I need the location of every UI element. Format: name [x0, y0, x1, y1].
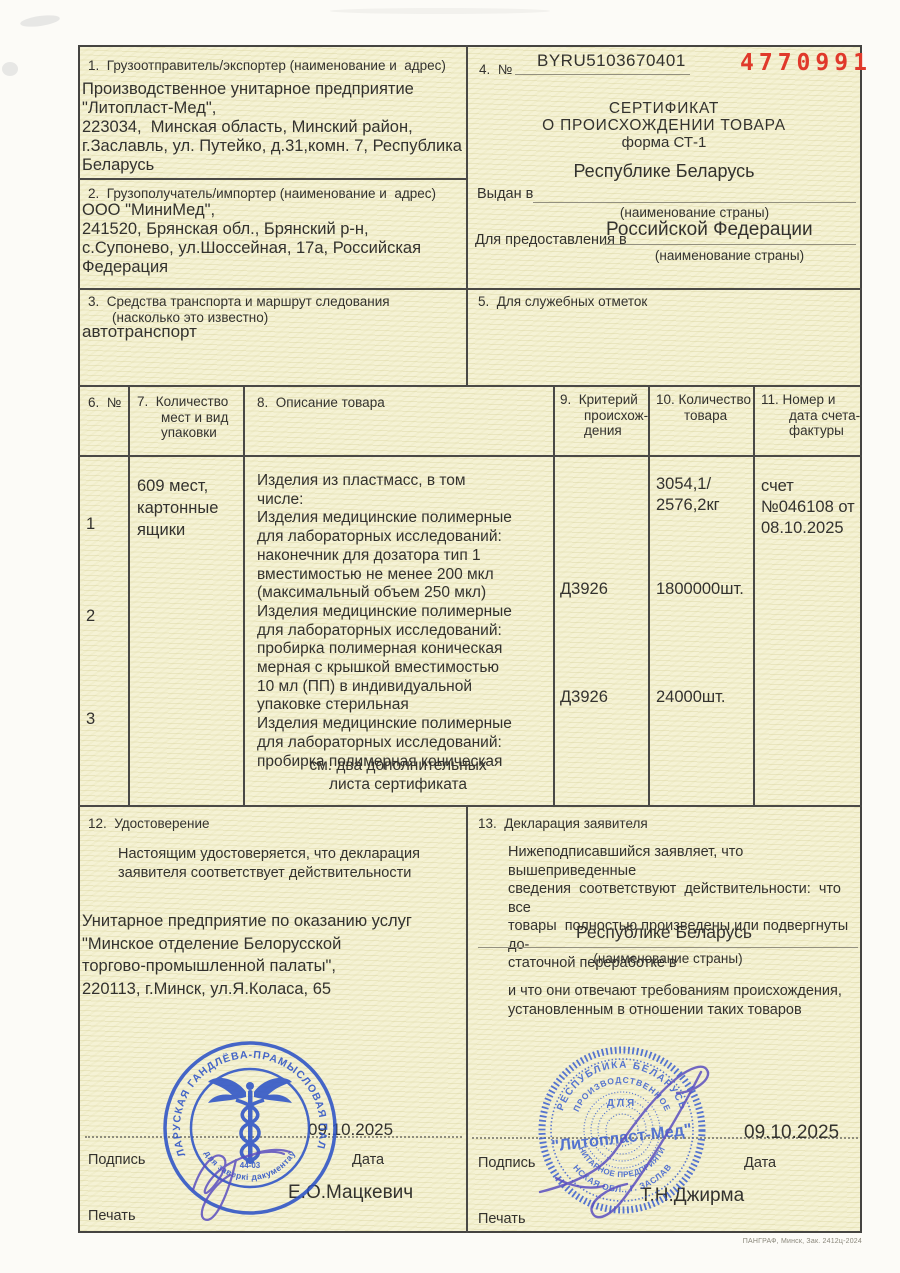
divider-table-header [78, 455, 862, 457]
divider-table-bottom [78, 805, 862, 807]
declarant-date-label: Дата [744, 1155, 776, 1171]
divider-vertical-top [466, 45, 468, 386]
presented-in-line [603, 244, 856, 245]
certifier-signature-label: Подпись [88, 1152, 145, 1168]
certificate-number-label: 4. № [479, 62, 512, 78]
quantity-2: 24000шт. [656, 688, 725, 707]
table-header-number: 6. № [88, 395, 121, 411]
certificate-form-name: форма СТ-1 [466, 134, 862, 151]
goods-description-note: см. два дополнительных листа сертификата [273, 757, 523, 794]
scan-smudge [330, 8, 550, 14]
declarant-date-value: 09.10.2025 [744, 1122, 839, 1144]
table-col-line-5 [753, 385, 755, 805]
divider-box1-box2 [78, 178, 466, 180]
certificate-page: 1. Грузоотправитель/экспортер (наименова… [0, 0, 900, 1273]
certifying-organization: Унитарное предприятие по оказанию услуг … [82, 910, 462, 1000]
table-col-line-3 [553, 385, 555, 805]
serial-number: 4770991 [740, 50, 872, 76]
certification-label: 12. Удостоверение [88, 816, 210, 832]
invoice-value: счет №046108 от 08.10.2025 [761, 476, 855, 539]
goods-description: Изделия из пластмасс, в том числе: Издел… [257, 472, 549, 771]
scan-smudge [2, 62, 18, 76]
presented-in-label: Для предоставления в [475, 232, 627, 248]
transport-value: автотранспорт [82, 322, 197, 342]
divider-vertical-bottom [466, 805, 468, 1233]
service-marks-label: 5. Для служебных отметок [478, 294, 647, 310]
certifier-date-value: 09.10.2025 [308, 1120, 393, 1140]
certificate-title-line2: О ПРОИСХОЖДЕНИИ ТОВАРА [466, 117, 862, 135]
table-header-invoice: 11. Номер и дата счета- фактуры [761, 392, 885, 439]
presented-in-value: Российской Федерации [606, 219, 813, 241]
declarant-signature-label: Подпись [478, 1155, 535, 1171]
certifier-name: Е.О.Мацкевич [288, 1182, 413, 1204]
item-number-3: 3 [86, 710, 95, 729]
table-col-line-2 [243, 385, 245, 805]
presented-in-hint: (наименование страны) [603, 248, 856, 263]
weight-value: 3054,1/ 2576,2кг [656, 474, 720, 516]
certifier-signature-line [85, 1136, 462, 1138]
consignor-label: 1. Грузоотправитель/экспортер (наименова… [88, 58, 446, 74]
table-col-line-4 [648, 385, 650, 805]
transport-label: 3. Средства транспорта и маршрут следова… [88, 294, 452, 325]
consignor-value: Производственное унитарное предприятие "… [82, 80, 462, 175]
certificate-number-value: BYRU5103670401 [537, 51, 686, 71]
divider-row-transport [78, 288, 862, 290]
origin-country: Республике Беларусь [466, 922, 862, 943]
divider-table-top [78, 385, 862, 387]
declarant-seal-label: Печать [478, 1211, 526, 1227]
consignee-value: ООО "МиниМед", 241520, Брянская обл., Бр… [82, 201, 462, 277]
declaration-label: 13. Декларация заявителя [478, 816, 648, 832]
table-header-description: 8. Описание товара [257, 395, 385, 411]
item-number-2: 2 [86, 607, 95, 626]
issued-in-line [533, 202, 856, 203]
certifier-date-label: Дата [352, 1152, 384, 1168]
issued-in-label: Выдан в [477, 186, 533, 202]
certification-text: Настоящим удостоверяется, что декларация… [118, 845, 458, 882]
origin-criteria-2: Д3926 [560, 688, 608, 707]
print-shop-note: ПАНГРАФ, Минск, Зак. 2412ц-2024 [710, 1238, 862, 1245]
origin-country-hint: (наименование страны) [478, 951, 858, 966]
declarant-name: Т.Н.Джирма [640, 1185, 744, 1207]
issued-in-hint: (наименование страны) [533, 205, 856, 220]
consignee-label: 2. Грузополучатель/импортер (наименовани… [88, 186, 436, 202]
certificate-title-line1: СЕРТИФИКАТ [466, 100, 862, 118]
certificate-number-line [515, 74, 690, 75]
scan-smudge [19, 13, 60, 28]
quantity-1: 1800000шт. [656, 580, 744, 599]
declaration-text2: и что они отвечают требованиям происхожд… [508, 982, 860, 1019]
certifier-seal-label: Печать [88, 1208, 136, 1224]
table-header-packages: 7. Количество мест и вид упаковки [137, 394, 261, 441]
issued-in-value: Республике Беларусь [466, 161, 862, 182]
table-col-line-1 [128, 385, 130, 805]
item-number-1: 1 [86, 515, 95, 534]
packaging-value: 609 мест, картонные ящики [137, 475, 218, 541]
origin-criteria-1: Д3926 [560, 580, 608, 599]
origin-country-line [478, 947, 858, 948]
